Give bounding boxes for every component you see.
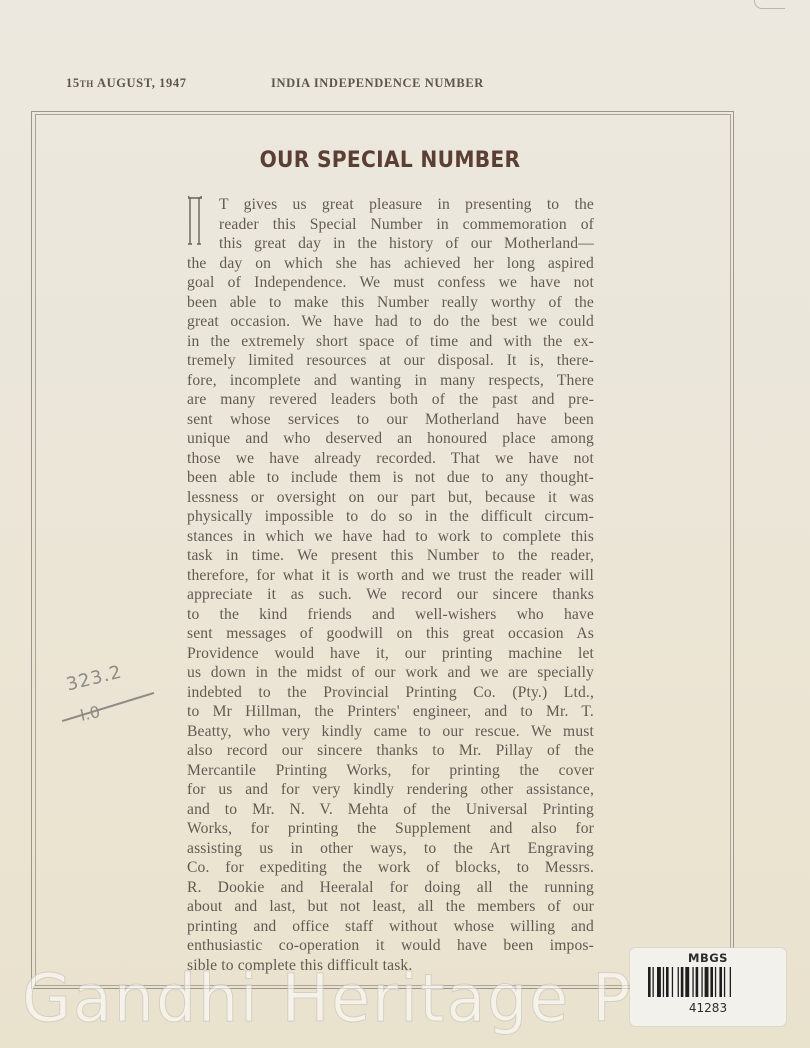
article-line: lessness or oversight on our part but, b…: [187, 488, 594, 508]
article-line: assisting us in other ways, to the Art E…: [187, 839, 594, 859]
article-line: the day on which she has achieved her lo…: [187, 254, 594, 274]
article-line: are many revered leaders both of the pas…: [187, 390, 594, 410]
barcode-collection-code: MBGS: [630, 951, 786, 965]
article-line: those we have already recorded. That we …: [187, 449, 594, 469]
article-line: about and last, but not least, all the m…: [187, 897, 594, 917]
article-line: Co. for expediting the work of blocks, t…: [187, 858, 594, 878]
article-line: stances in which we have had to work to …: [187, 527, 594, 547]
fraction-bar: [62, 692, 154, 722]
article-line: T gives us great pleasure in presenting …: [187, 195, 594, 215]
barcode-icon: [648, 967, 768, 997]
issue-title: INDIA INDEPENDENCE NUMBER: [271, 76, 484, 91]
handwritten-catalog-number: 323.2 I.0: [58, 660, 168, 740]
article-line: Beatty, who very kindly came to our resc…: [187, 722, 594, 742]
article-line: tremely limited resources at our disposa…: [187, 351, 594, 371]
article-line: been able to include them is not due to …: [187, 468, 594, 488]
article-line: Mercantile Printing Works, for printing …: [187, 761, 594, 781]
article-line: great occasion. We have had to do the be…: [187, 312, 594, 332]
article-line: fore, incomplete and wanting in many res…: [187, 371, 594, 391]
article-line: R. Dookie and Heeralal for doing all the…: [187, 878, 594, 898]
article-line: and to Mr. N. V. Mehta of the Universal …: [187, 800, 594, 820]
issue-date: 15TH AUGUST, 1947: [66, 76, 187, 91]
article-line: this great day in the history of our Mot…: [187, 234, 594, 254]
article-line: been able to make this Number really wor…: [187, 293, 594, 313]
article-body: T gives us great pleasure in presenting …: [187, 195, 594, 975]
article-line: unique and who deserved an honoured plac…: [187, 429, 594, 449]
article-line: goal of Independence. We must confess we…: [187, 273, 594, 293]
article-line: reader this Special Number in commemorat…: [187, 215, 594, 235]
catalog-numerator: 323.2: [64, 661, 124, 695]
article-line: Providence would have it, our printing m…: [187, 644, 594, 664]
library-barcode-label: MBGS 41283: [630, 948, 786, 1026]
article-line: appreciate it as such. We record our sin…: [187, 585, 594, 605]
article-line: for us and for very kindly rendering oth…: [187, 780, 594, 800]
article-line: to Mr Hillman, the Printers' engineer, a…: [187, 702, 594, 722]
article-line: physically impossible to do so in the di…: [187, 507, 594, 527]
article-line: to the kind friends and well-wishers who…: [187, 605, 594, 625]
article-line: printing and office staff without whose …: [187, 917, 594, 937]
article-title: OUR SPECIAL NUMBER: [31, 148, 749, 173]
article-line: indebted to the Provincial Printing Co. …: [187, 683, 594, 703]
article-line: therefore, for what it is worth and we t…: [187, 566, 594, 586]
article-line: sent messages of goodwill on this great …: [187, 624, 594, 644]
article-line: enthusiastic co-operation it would have …: [187, 936, 594, 956]
article-line: task in time. We present this Number to …: [187, 546, 594, 566]
article-line: sent whose services to our Motherland ha…: [187, 410, 594, 430]
catalog-denominator: I.0: [78, 702, 101, 725]
barcode-number: 41283: [630, 1001, 786, 1015]
stray-pencil-mark: [754, 0, 785, 9]
article-line: in the extremely short space of time and…: [187, 332, 594, 352]
article-line: also record our sincere thanks to Mr. Pi…: [187, 741, 594, 761]
article-line: us down in the midst of our work and we …: [187, 663, 594, 683]
article-line: Works, for printing the Supplement and a…: [187, 819, 594, 839]
